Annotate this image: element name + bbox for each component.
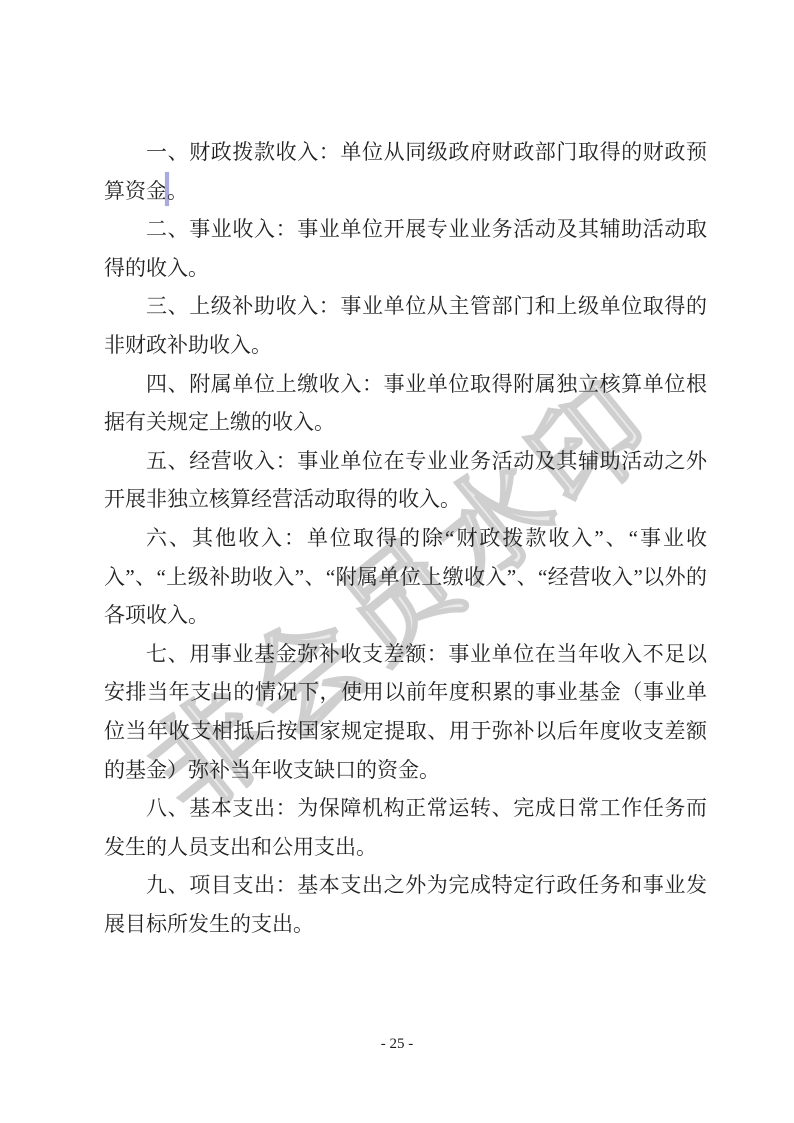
paragraph-2[interactable]: 二、事业收入：事业单位开展专业业务活动及其辅助活动取得的收入。 (104, 210, 707, 287)
document-page: 非会员水印 一、财政拨款收入：单位从同级政府财政部门取得的财政预算资金。 二、事… (0, 0, 794, 1123)
paragraph-6[interactable]: 六、其他收入：单位取得的除“财政拨款收入”、“事业收入”、“上级补助收入”、“附… (104, 519, 707, 635)
paragraph-3[interactable]: 三、上级补助收入：事业单位从主管部门和上级单位取得的非财政补助收入。 (104, 287, 707, 364)
page-number: - 25 - (0, 1036, 794, 1053)
paragraph-8[interactable]: 八、基本支出：为保障机构正常运转、完成日常工作任务而发生的人员支出和公用支出。 (104, 789, 707, 866)
paragraph-7[interactable]: 七、用事业基金弥补收支差额：事业单位在当年收入不足以安排当年支出的情况下，使用以… (104, 635, 707, 789)
document-body[interactable]: 一、财政拨款收入：单位从同级政府财政部门取得的财政预算资金。 二、事业收入：事业… (104, 133, 707, 943)
paragraph-1[interactable]: 一、财政拨款收入：单位从同级政府财政部门取得的财政预算资金。 (104, 133, 707, 210)
paragraph-9[interactable]: 九、项目支出：基本支出之外为完成特定行政任务和事业发展目标所发生的支出。 (104, 866, 707, 943)
paragraph-1-text-after-cursor: 。 (167, 179, 188, 203)
paragraph-1-text-before-cursor: 一、财政拨款收入：单位从同级政府财政部门取得的财政预算资金 (104, 140, 707, 203)
paragraph-5[interactable]: 五、经营收入：事业单位在专业业务活动及其辅助活动之外开展非独立核算经营活动取得的… (104, 442, 707, 519)
paragraph-4[interactable]: 四、附属单位上缴收入：事业单位取得附属独立核算单位根据有关规定上缴的收入。 (104, 365, 707, 442)
